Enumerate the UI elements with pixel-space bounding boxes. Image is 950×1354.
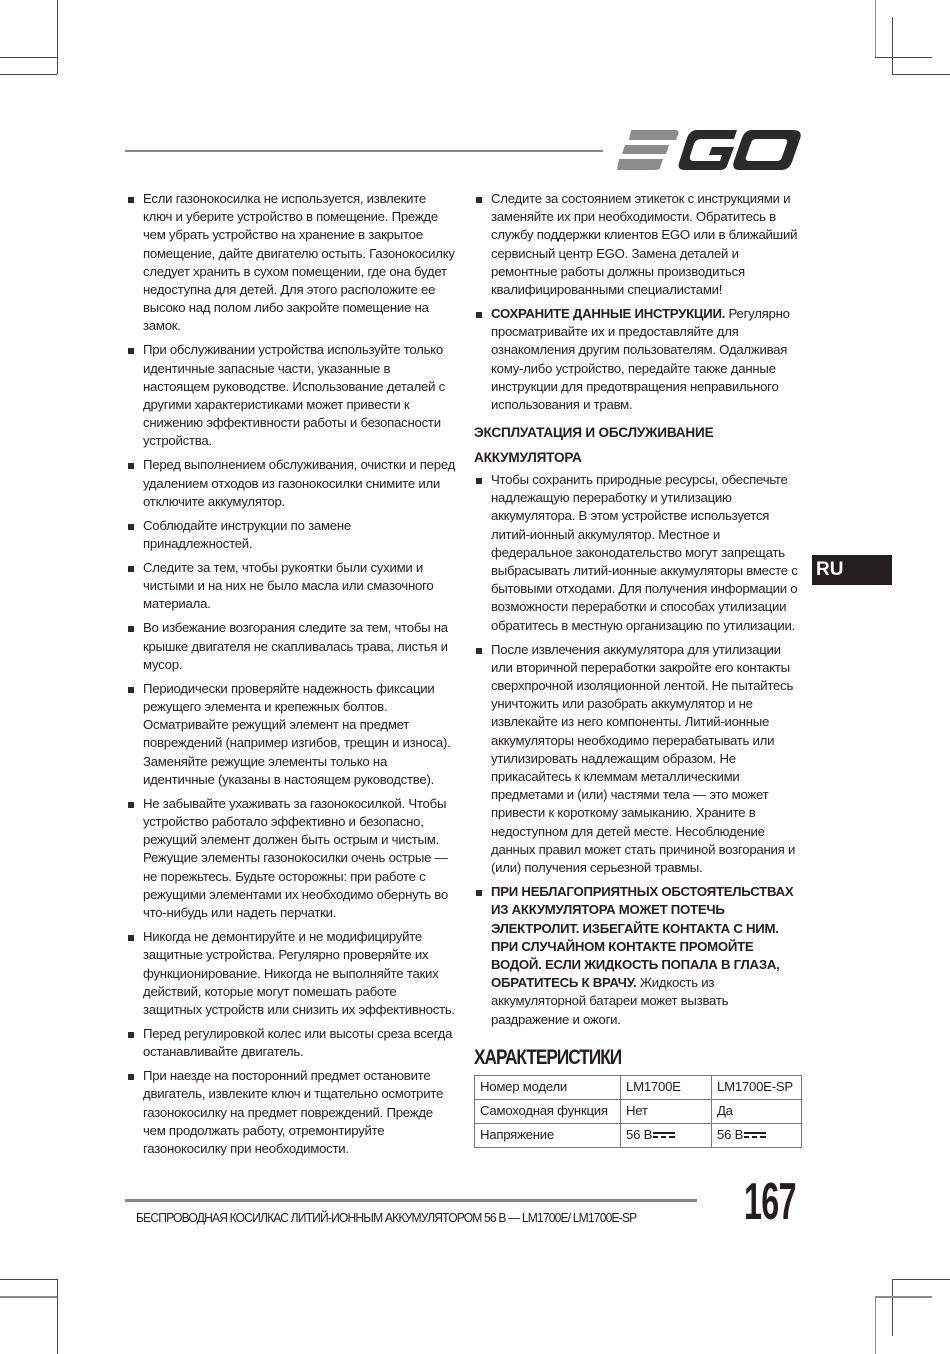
crop-mark xyxy=(892,1279,950,1280)
footer-rule xyxy=(125,1199,697,1202)
footer-title: БЕСПРОВОДНАЯ КОСИЛКАС ЛИТИЙ-ИОННЫМ АККУМ… xyxy=(136,1210,636,1225)
list-item: Перед регулировкой колес или высоты срез… xyxy=(126,1025,456,1061)
crop-mark xyxy=(57,0,58,74)
crop-mark xyxy=(57,1279,58,1354)
spec-label-cell: Самоходная функция xyxy=(475,1099,621,1123)
list-item: Перед выполнением обслуживания, очистки … xyxy=(126,456,456,511)
crop-mark xyxy=(892,1279,893,1336)
header-rule xyxy=(125,150,603,152)
item-text: При обслуживании устройства используйте … xyxy=(143,342,445,448)
list-item: Следите за состоянием этикеток с инструк… xyxy=(474,190,804,299)
specs-table: Номер моделиLM1700ELM1700E-SPСамоходная … xyxy=(474,1075,802,1148)
cell-text: 56 В xyxy=(626,1127,652,1142)
table-row: Номер моделиLM1700ELM1700E-SP xyxy=(475,1075,802,1099)
item-text: Следите за состоянием этикеток с инструк… xyxy=(491,191,797,297)
crop-mark xyxy=(0,1279,57,1280)
dc-current-icon xyxy=(653,1131,675,1139)
specs-heading: ХАРАКТЕРИСТИКИ xyxy=(474,1049,745,1067)
square-bullet-icon xyxy=(128,802,134,808)
square-bullet-icon xyxy=(476,890,482,896)
square-bullet-icon xyxy=(128,935,134,941)
crop-mark xyxy=(875,0,876,57)
list-item: СОХРАНИТЕ ДАННЫЕ ИНСТРУКЦИИ. Регулярно п… xyxy=(474,305,804,414)
spec-value-cell: LM1700E xyxy=(621,1075,712,1099)
square-bullet-icon xyxy=(128,1032,134,1038)
list-item: Не забывайте ухаживать за газонокосилкой… xyxy=(126,795,456,922)
crop-mark xyxy=(875,57,932,58)
list-item: При обслуживании устройства используйте … xyxy=(126,341,456,450)
list-item: Соблюдайте инструкции по замене принадле… xyxy=(126,517,456,553)
crop-mark xyxy=(0,74,57,75)
list-item: Никогда не демонтируйте и не модифицируй… xyxy=(126,928,456,1019)
crop-mark xyxy=(875,1296,932,1298)
spec-value-cell: LM1700E-SP xyxy=(712,1075,802,1099)
list-item: Если газонокосилка не используется, извл… xyxy=(126,190,456,336)
spec-value-cell: Нет xyxy=(621,1099,712,1123)
item-bold-text: СОХРАНИТЕ ДАННЫЕ ИНСТРУКЦИИ. xyxy=(491,306,725,321)
crop-mark xyxy=(0,1296,57,1298)
crop-mark xyxy=(0,57,57,58)
crop-mark xyxy=(875,1296,876,1354)
square-bullet-icon xyxy=(476,478,482,484)
square-bullet-icon xyxy=(128,626,134,632)
battery-heading-line2: АККУМУЛЯТОРА xyxy=(474,445,804,470)
list-item: ПРИ НЕБЛАГОПРИЯТНЫХ ОБСТОЯТЕЛЬСТВАХ ИЗ А… xyxy=(474,883,804,1029)
square-bullet-icon xyxy=(128,687,134,693)
list-item: При наезде на посторонний предмет остано… xyxy=(126,1067,456,1158)
list-item: Следите за тем, чтобы рукоятки были сухи… xyxy=(126,559,456,614)
square-bullet-icon xyxy=(476,648,482,654)
page-number: 167 xyxy=(744,1172,796,1232)
square-bullet-icon xyxy=(476,197,482,203)
language-tab: RU xyxy=(812,555,892,585)
item-text: Регулярно просматривайте их и предоставл… xyxy=(491,306,790,412)
item-text: Если газонокосилка не используется, извл… xyxy=(143,191,455,333)
item-text: После извлечения аккумулятора для утилиз… xyxy=(491,642,795,875)
right-column: Следите за состоянием этикеток с инструк… xyxy=(474,190,804,1148)
battery-section-heading: ЭКСПЛУАТАЦИЯ И ОБСЛУЖИВАНИЕ АККУМУЛЯТОРА xyxy=(474,420,804,470)
crop-mark xyxy=(892,74,950,75)
item-text: Чтобы сохранить природные ресурсы, обесп… xyxy=(491,472,798,633)
item-text: Соблюдайте инструкции по замене принадле… xyxy=(143,518,351,551)
square-bullet-icon xyxy=(128,1074,134,1080)
battery-heading-line1: ЭКСПЛУАТАЦИЯ И ОБСЛУЖИВАНИЕ xyxy=(474,420,804,445)
cell-text: Нет xyxy=(626,1103,648,1118)
item-text: При наезде на посторонний предмет остано… xyxy=(143,1068,443,1156)
cell-text: 56 В xyxy=(717,1127,743,1142)
square-bullet-icon xyxy=(476,312,482,318)
spec-value-cell: 56 В xyxy=(712,1123,802,1147)
spec-value-cell: Да xyxy=(712,1099,802,1123)
list-item: После извлечения аккумулятора для утилиз… xyxy=(474,641,804,878)
crop-mark xyxy=(892,17,893,74)
square-bullet-icon xyxy=(128,463,134,469)
item-text: Не забывайте ухаживать за газонокосилкой… xyxy=(143,796,448,920)
ego-logo xyxy=(617,128,802,172)
cell-text: Да xyxy=(717,1103,733,1118)
table-row: Напряжение56 В56 В xyxy=(475,1123,802,1147)
cell-text: Номер модели xyxy=(480,1079,567,1094)
cell-text: LM1700E-SP xyxy=(717,1079,793,1094)
cell-text: Напряжение xyxy=(480,1127,554,1142)
item-text: Перед выполнением обслуживания, очистки … xyxy=(143,457,455,508)
square-bullet-icon xyxy=(128,524,134,530)
spec-label-cell: Номер модели xyxy=(475,1075,621,1099)
spec-value-cell: 56 В xyxy=(621,1123,712,1147)
spec-label-cell: Напряжение xyxy=(475,1123,621,1147)
list-item: Чтобы сохранить природные ресурсы, обесп… xyxy=(474,471,804,635)
square-bullet-icon xyxy=(128,566,134,572)
square-bullet-icon xyxy=(128,348,134,354)
item-text: Перед регулировкой колес или высоты срез… xyxy=(143,1026,452,1059)
square-bullet-icon xyxy=(128,197,134,203)
item-text: Периодически проверяйте надежность фикса… xyxy=(143,681,451,787)
item-text: Никогда не демонтируйте и не модифицируй… xyxy=(143,929,455,1017)
list-item: Периодически проверяйте надежность фикса… xyxy=(126,680,456,789)
item-text: Во избежание возгорания следите за тем, … xyxy=(143,620,448,671)
item-text: Следите за тем, чтобы рукоятки были сухи… xyxy=(143,560,433,611)
list-item: Во избежание возгорания следите за тем, … xyxy=(126,619,456,674)
dc-current-icon xyxy=(744,1131,766,1139)
table-row: Самоходная функцияНетДа xyxy=(475,1099,802,1123)
left-column: Если газонокосилка не используется, извл… xyxy=(126,190,456,1164)
cell-text: Самоходная функция xyxy=(480,1103,608,1118)
cell-text: LM1700E xyxy=(626,1079,681,1094)
